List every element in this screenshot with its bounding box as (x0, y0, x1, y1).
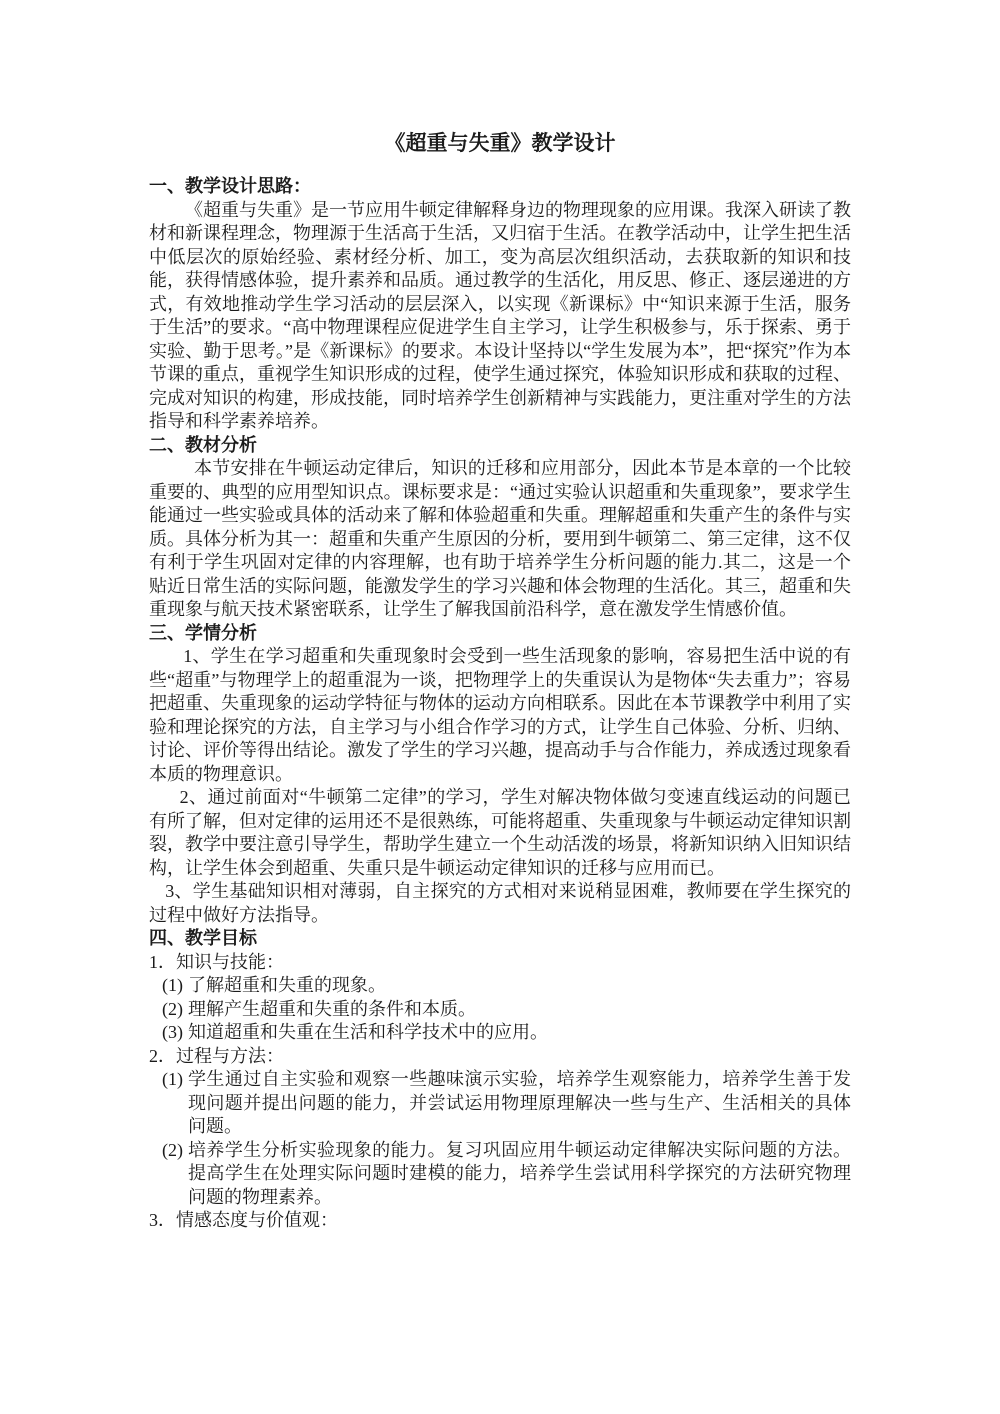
list-item-text: 培养学生分析实验现象的能力。复习巩固应用牛顿运动定律解决实际问题的方法。提高学生… (188, 1140, 851, 1207)
document-page: 《超重与失重》教学设计 一、教学设计思路： 《超重与失重》是一节应用牛顿定律解释… (0, 0, 1000, 1414)
list-item-knowledge-3: (3)知道超重和失重在生活和科学技术中的应用。 (149, 1021, 851, 1045)
list-item-text: 知道超重和失重在生活和科学技术中的应用。 (188, 1022, 548, 1042)
objective-group-process-methods: 2．过程与方法： (149, 1045, 851, 1069)
list-item-marker: (2) (162, 1139, 183, 1163)
section-heading-teaching-objectives: 四、教学目标 (149, 927, 851, 951)
list-item-knowledge-2: (2)理解产生超重和失重的条件和本质。 (149, 998, 851, 1022)
paragraph-design-approach: 《超重与失重》是一节应用牛顿定律解释身边的物理现象的应用课。我深入研读了教材和新… (149, 199, 851, 434)
paragraph-student-analysis-3: 3、学生基础知识相对薄弱，自主探究的方式相对来说稍显困难，教师要在学生探究的过程… (149, 880, 851, 927)
document-content: 《超重与失重》教学设计 一、教学设计思路： 《超重与失重》是一节应用牛顿定律解释… (149, 131, 851, 1233)
list-item-process-2: (2)培养学生分析实验现象的能力。复习巩固应用牛顿运动定律解决实际问题的方法。提… (149, 1139, 851, 1210)
list-item-marker: (1) (162, 1068, 183, 1092)
list-item-marker: (2) (162, 998, 183, 1022)
section-heading-student-analysis: 三、学情分析 (149, 622, 851, 646)
objective-group-emotion-values: 3．情感态度与价值观： (149, 1209, 851, 1233)
section-heading-material-analysis: 二、教材分析 (149, 434, 851, 458)
objective-group-knowledge-skills: 1．知识与技能： (149, 951, 851, 975)
list-item-text: 了解超重和失重的现象。 (188, 975, 386, 995)
list-item-text: 理解产生超重和失重的条件和本质。 (188, 999, 476, 1019)
document-title: 《超重与失重》教学设计 (149, 131, 851, 157)
paragraph-student-analysis-1: 1、学生在学习超重和失重现象时会受到一些生活现象的影响，容易把生活中说的有些“超… (149, 645, 851, 786)
list-item-marker: (1) (162, 974, 183, 998)
paragraph-student-analysis-2: 2、通过前面对“牛顿第二定律”的学习，学生对解决物体做匀变速直线运动的问题已有所… (149, 786, 851, 880)
list-item-text: 学生通过自主实验和观察一些趣味演示实验，培养学生观察能力，培养学生善于发现问题并… (188, 1069, 851, 1136)
list-item-process-1: (1)学生通过自主实验和观察一些趣味演示实验，培养学生观察能力，培养学生善于发现… (149, 1068, 851, 1139)
section-heading-design-approach: 一、教学设计思路： (149, 175, 851, 199)
list-item-marker: (3) (162, 1021, 183, 1045)
paragraph-material-analysis: 本节安排在牛顿运动定律后，知识的迁移和应用部分，因此本节是本章的一个比较重要的、… (149, 457, 851, 622)
list-item-knowledge-1: (1)了解超重和失重的现象。 (149, 974, 851, 998)
